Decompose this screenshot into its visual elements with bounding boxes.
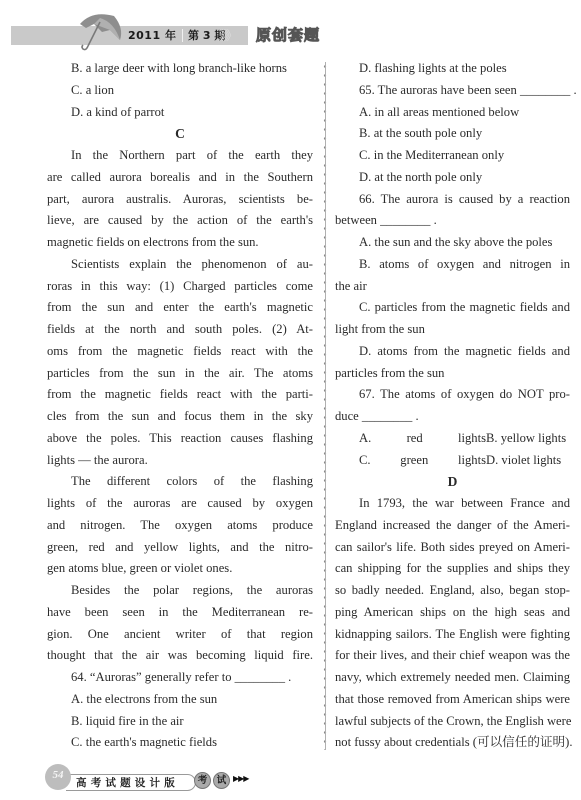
- text-line: can sailor's life. Both sides preyed on …: [335, 537, 570, 559]
- text-line: from the magnetic fields react with the …: [47, 384, 313, 406]
- text-line: oms from the magnetic fields react with …: [47, 341, 313, 363]
- issue-year: 2011 年: [128, 27, 176, 43]
- page-number: 54: [45, 769, 71, 781]
- text-line: lieve, are caused by the action of the e…: [47, 210, 313, 232]
- question-line: A. in all areas mentioned below: [335, 102, 570, 124]
- text-line: The different colors of the flashing: [47, 471, 313, 493]
- text-line: In 1793, the war between France and: [335, 493, 570, 515]
- section-title: 原创套题: [256, 24, 320, 45]
- text-line: Scientists explain the phenomenon of au-: [47, 254, 313, 276]
- text-line: navy, which extremely needed men. Claimi…: [335, 667, 570, 689]
- text-line: above the poles. This reaction causes fl…: [47, 428, 313, 450]
- text-line: C. particles from the magnetic fields an…: [335, 297, 570, 319]
- triangle-arrows-icon: ▶▶▶: [233, 774, 248, 783]
- question-line: B. liquid fire in the air: [47, 711, 313, 733]
- column-divider: [322, 62, 328, 750]
- answer-option: D. violet lights: [486, 450, 561, 472]
- text-line: Besides the polar regions, the auroras: [47, 580, 313, 602]
- text-line: B. atoms of oxygen and nitrogen in: [335, 254, 570, 276]
- text-line: so badly needed. England, also, began st…: [335, 580, 570, 602]
- text-line: ping American ships on the high seas and: [335, 602, 570, 624]
- text-line: the air: [335, 276, 570, 298]
- text-line: lawful subjects of the Crown, the Englis…: [335, 711, 570, 733]
- question-line: A. the electrons from the sun: [47, 689, 313, 711]
- text-line: cles from the sun and focus them in the …: [47, 406, 313, 428]
- question-line: D. a kind of parrot: [47, 102, 313, 124]
- badge-shi: 试: [213, 772, 230, 789]
- text-line: part, aurora australis. Auroras, scienti…: [47, 189, 313, 211]
- page-footer: 54 高考试题设计版 考 试 ▶▶▶: [0, 756, 581, 800]
- text-line: 66. The aurora is caused by a reaction: [335, 189, 570, 211]
- text-line: from the sun and enter the earth's magne…: [47, 297, 313, 319]
- text-line: light from the sun: [335, 319, 570, 341]
- text-line: thought that the air was becoming liquid…: [47, 645, 313, 667]
- text-line: green, red and yellow lights, and the ni…: [47, 537, 313, 559]
- text-line: roras in this way: (1) Charged particles…: [47, 276, 313, 298]
- chevron-arrows-icon: 》》》: [218, 25, 235, 44]
- right-column: D. flashing lights at the poles65. The a…: [335, 58, 570, 754]
- text-line: for their lives, and their chief weapon …: [335, 645, 570, 667]
- answer-option: C. green lights: [359, 450, 486, 472]
- question-line: C. in the Mediterranean only: [335, 145, 570, 167]
- question-line: D. flashing lights at the poles: [335, 58, 570, 80]
- text-line: not fussy about credentials (可以信任的证明).: [335, 732, 570, 754]
- answer-option: B. yellow lights: [486, 428, 566, 450]
- section-heading: D: [335, 471, 570, 493]
- text-line: lights — the aurora.: [47, 450, 313, 472]
- text-line: duce ________ .: [335, 406, 570, 428]
- text-line: kidnapping sailors. The English were fig…: [335, 624, 570, 646]
- answer-option: A. red lights: [359, 428, 486, 450]
- text-line: gen atoms blue, green or violet ones.: [47, 558, 313, 580]
- question-line: 65. The auroras have been seen ________ …: [335, 80, 570, 102]
- question-line: C. a lion: [47, 80, 313, 102]
- question-line: B. a large deer with long branch-like ho…: [47, 58, 313, 80]
- text-line: England increased the danger of the Amer…: [335, 515, 570, 537]
- header-separator: [182, 29, 183, 42]
- text-line: particles from the sun: [335, 363, 570, 385]
- text-line: can shipping for the supplies and ships …: [335, 558, 570, 580]
- text-line: have been seen in the Mediterranean re-: [47, 602, 313, 624]
- page-header: 2011 年 第 3 期 》》》 原创套题: [0, 0, 581, 58]
- text-line: magnetic fields on electrons from the su…: [47, 232, 313, 254]
- text-line: D. atoms from the magnetic fields and: [335, 341, 570, 363]
- option-pair: A. red lightsB. yellow lights: [335, 428, 570, 450]
- text-line: fields at the north and south poles. (2)…: [47, 319, 313, 341]
- text-line: gion. One ancient writer of that region: [47, 624, 313, 646]
- question-line: 64. “Auroras” generally refer to _______…: [47, 667, 313, 689]
- text-line: that those removed from American ships w…: [335, 689, 570, 711]
- question-line: B. at the south pole only: [335, 123, 570, 145]
- text-line: lights of the auroras are caused by oxyg…: [47, 493, 313, 515]
- question-line: D. at the north pole only: [335, 167, 570, 189]
- umbrella-icon: [70, 10, 126, 52]
- text-line: 67. The atoms of oxygen do NOT pro-: [335, 384, 570, 406]
- option-pair: C. green lightsD. violet lights: [335, 450, 570, 472]
- publication-name: 高考试题设计版: [76, 775, 179, 790]
- text-line: particles from the sun in the air. The a…: [47, 363, 313, 385]
- left-column: B. a large deer with long branch-like ho…: [47, 58, 313, 754]
- text-line: and nitrogen. The oxygen atoms produce: [47, 515, 313, 537]
- text-line: between ________ .: [335, 210, 570, 232]
- question-line: C. the earth's magnetic fields: [47, 732, 313, 754]
- question-line: A. the sun and the sky above the poles: [335, 232, 570, 254]
- badge-kao: 考: [194, 772, 211, 789]
- section-heading: C: [47, 123, 313, 145]
- text-line: In the Northern part of the earth they: [47, 145, 313, 167]
- text-line: are called aurora borealis and in the So…: [47, 167, 313, 189]
